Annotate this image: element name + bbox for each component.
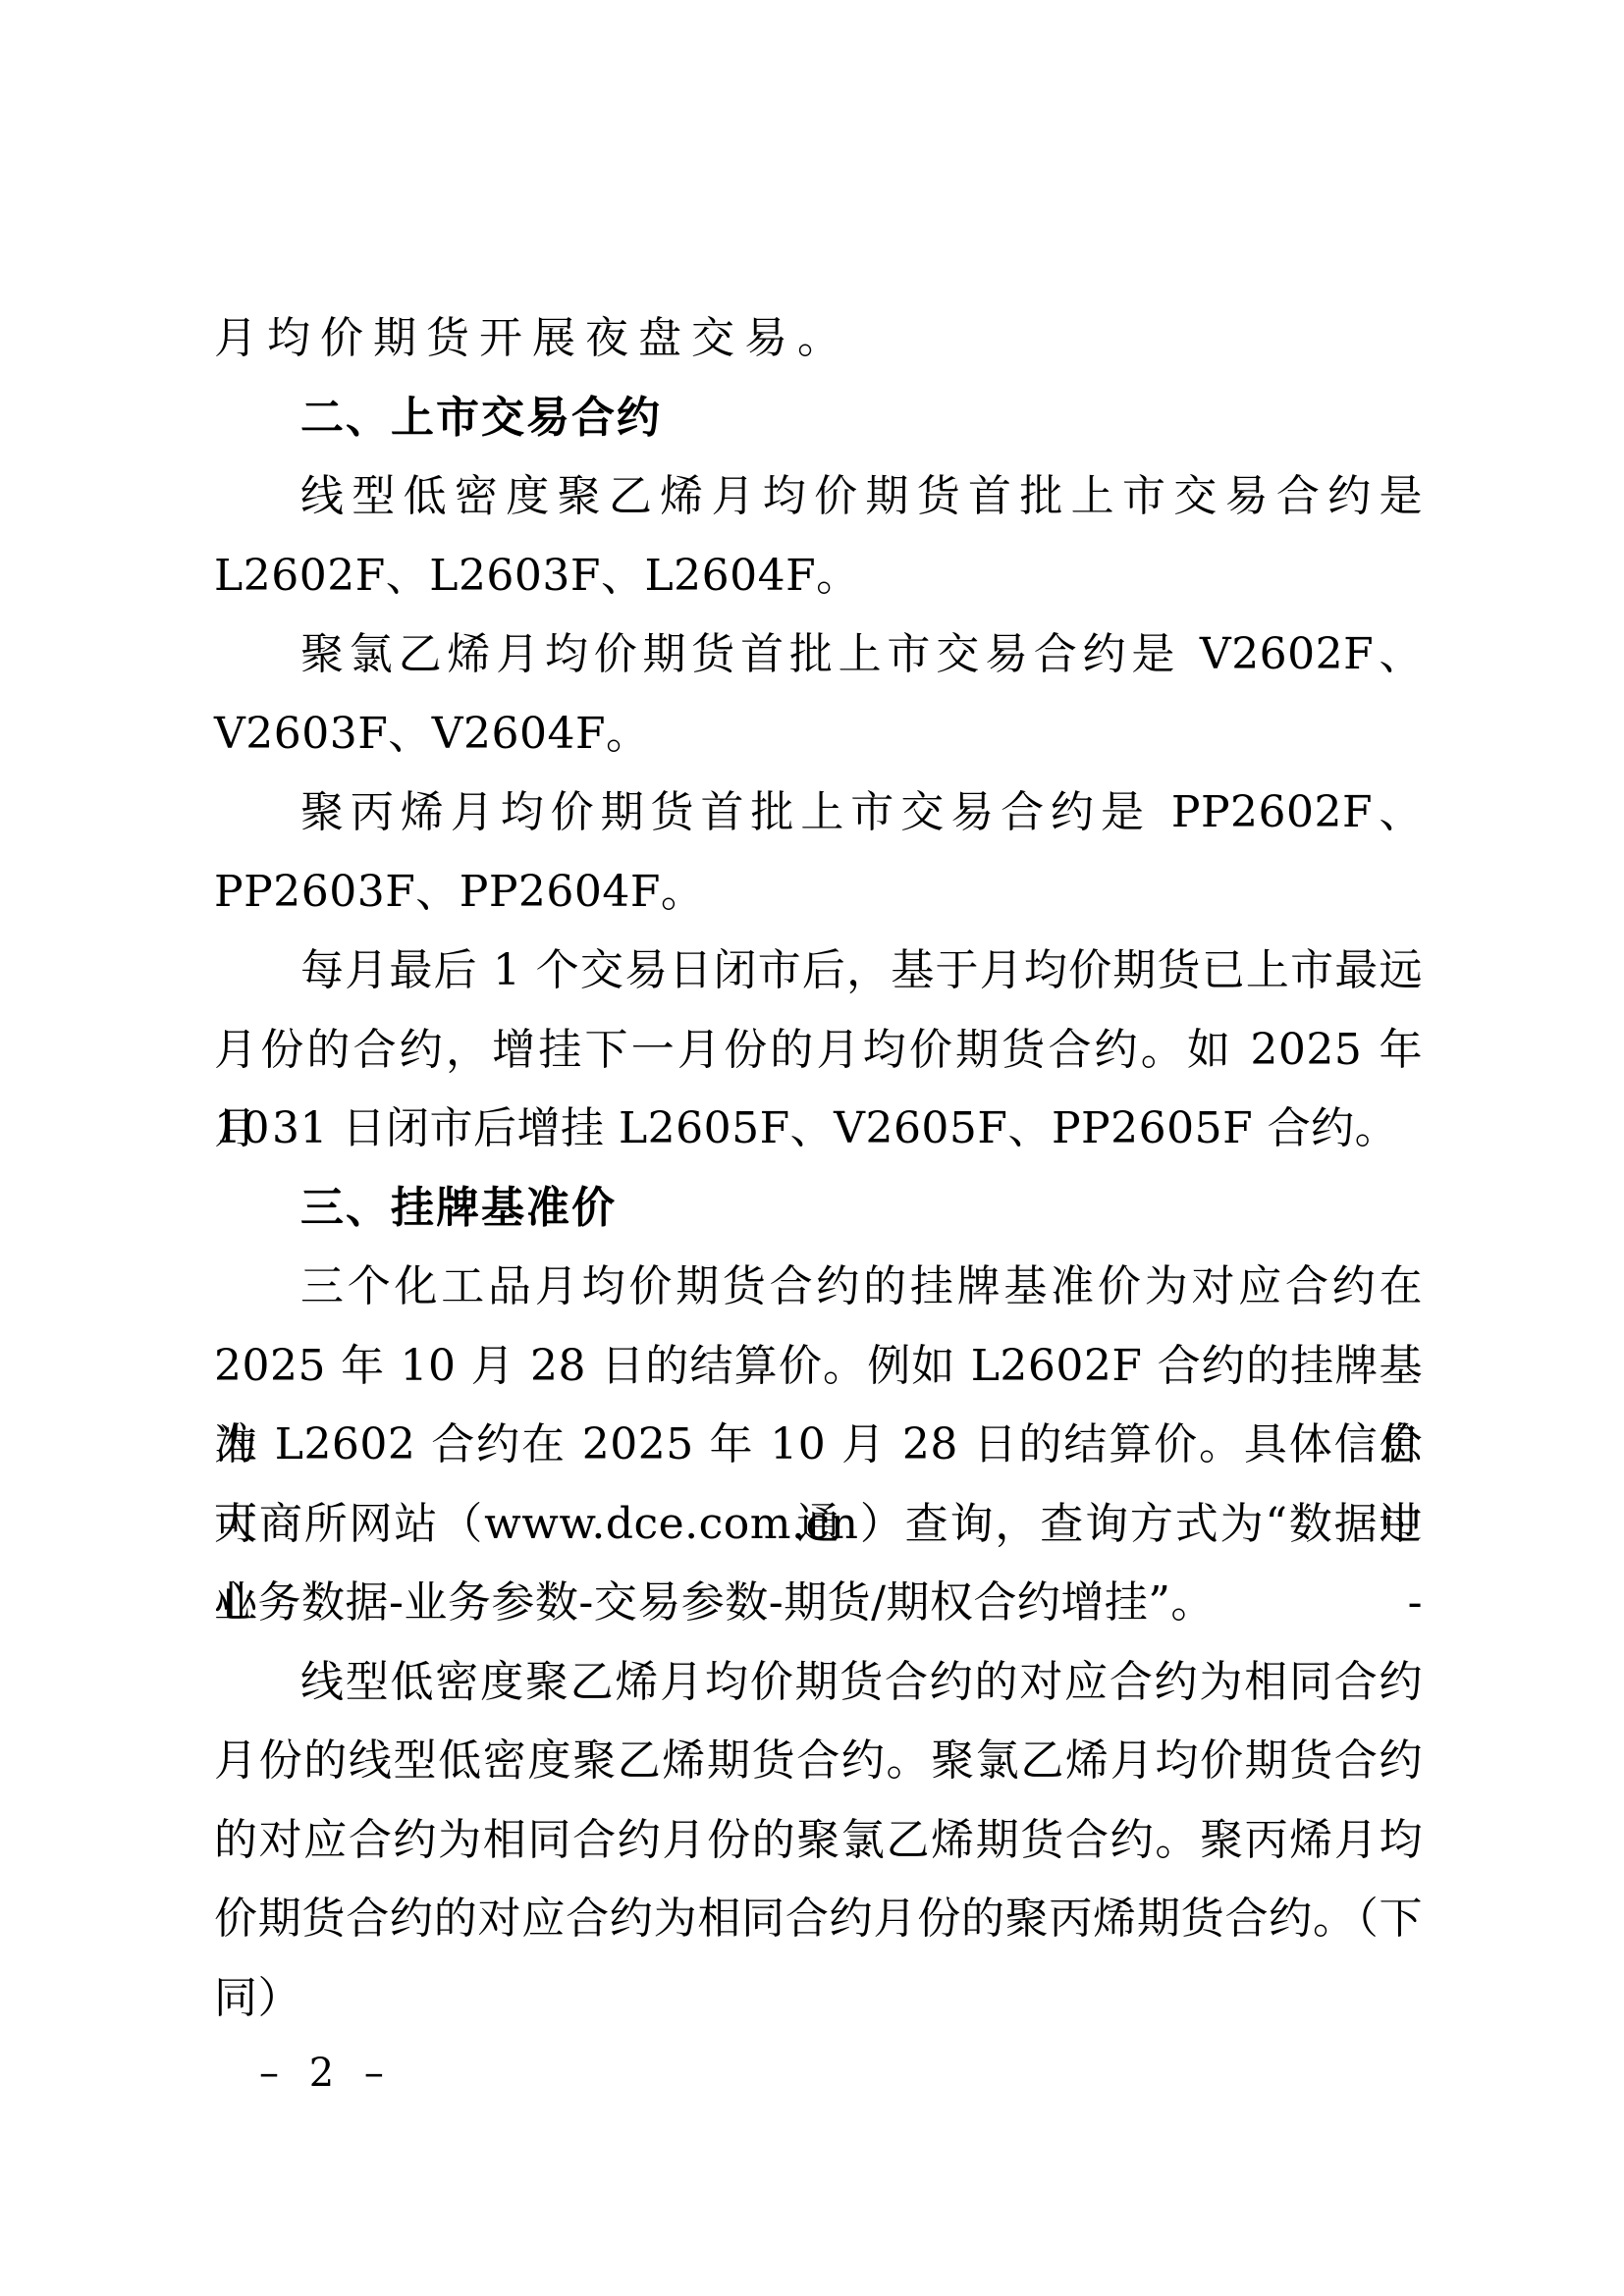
section-heading: 二、上市交易合约 bbox=[214, 379, 1423, 458]
text-line: 月均价期货开展夜盘交易。 bbox=[214, 299, 1423, 379]
text-line: 月份的合约，增挂下一月份的月均价期货合约。如 2025 年 10 bbox=[214, 1011, 1423, 1091]
text-line: 月 31 日闭市后增挂 L2605F、V2605F、PP2605F 合约。 bbox=[214, 1090, 1423, 1169]
document-page: 月均价期货开展夜盘交易。二、上市交易合约线型低密度聚乙烯月均价期货首批上市交易合… bbox=[0, 0, 1624, 2296]
text-line: 每月最后 1 个交易日闭市后，基于月均价期货已上市最远 bbox=[214, 932, 1423, 1011]
text-line: 线型低密度聚乙烯月均价期货首批上市交易合约是 bbox=[214, 457, 1423, 537]
text-line: 三个化工品月均价期货合约的挂牌基准价为对应合约在 bbox=[214, 1248, 1423, 1327]
text-line: 价期货合约的对应合约为相同合约月份的聚丙烯期货合约。（下 bbox=[214, 1880, 1423, 1959]
section-heading: 三、挂牌基准价 bbox=[214, 1169, 1423, 1249]
document-body: 月均价期货开展夜盘交易。二、上市交易合约线型低密度聚乙烯月均价期货首批上市交易合… bbox=[214, 299, 1423, 2038]
text-line: V2603F、V2604F。 bbox=[214, 695, 1423, 774]
page-number: – 2 – bbox=[259, 2050, 386, 2097]
text-line: 聚丙烯月均价期货首批上市交易合约是 PP2602F、 bbox=[214, 774, 1423, 853]
text-line: 2025 年 10 月 28 日的结算价。例如 L2602F 合约的挂牌基准价 bbox=[214, 1327, 1423, 1407]
text-line: 同） bbox=[214, 1959, 1423, 2039]
text-line: 为 L2602 合约在 2025 年 10 月 28 日的结算价。具体信息可通过 bbox=[214, 1406, 1423, 1485]
text-line: 线型低密度聚乙烯月均价期货合约的对应合约为相同合约 bbox=[214, 1643, 1423, 1723]
text-line: 大商所网站（www.dce.com.cn）查询，查询方式为“数据中心- bbox=[214, 1485, 1423, 1565]
text-line: L2602F、L2603F、L2604F。 bbox=[214, 537, 1423, 616]
text-line: PP2603F、PP2604F。 bbox=[214, 853, 1423, 933]
text-line: 的对应合约为相同合约月份的聚氯乙烯期货合约。聚丙烯月均 bbox=[214, 1801, 1423, 1881]
text-line: 聚氯乙烯月均价期货首批上市交易合约是 V2602F、 bbox=[214, 615, 1423, 695]
text-line: 月份的线型低密度聚乙烯期货合约。聚氯乙烯月均价期货合约 bbox=[214, 1722, 1423, 1801]
